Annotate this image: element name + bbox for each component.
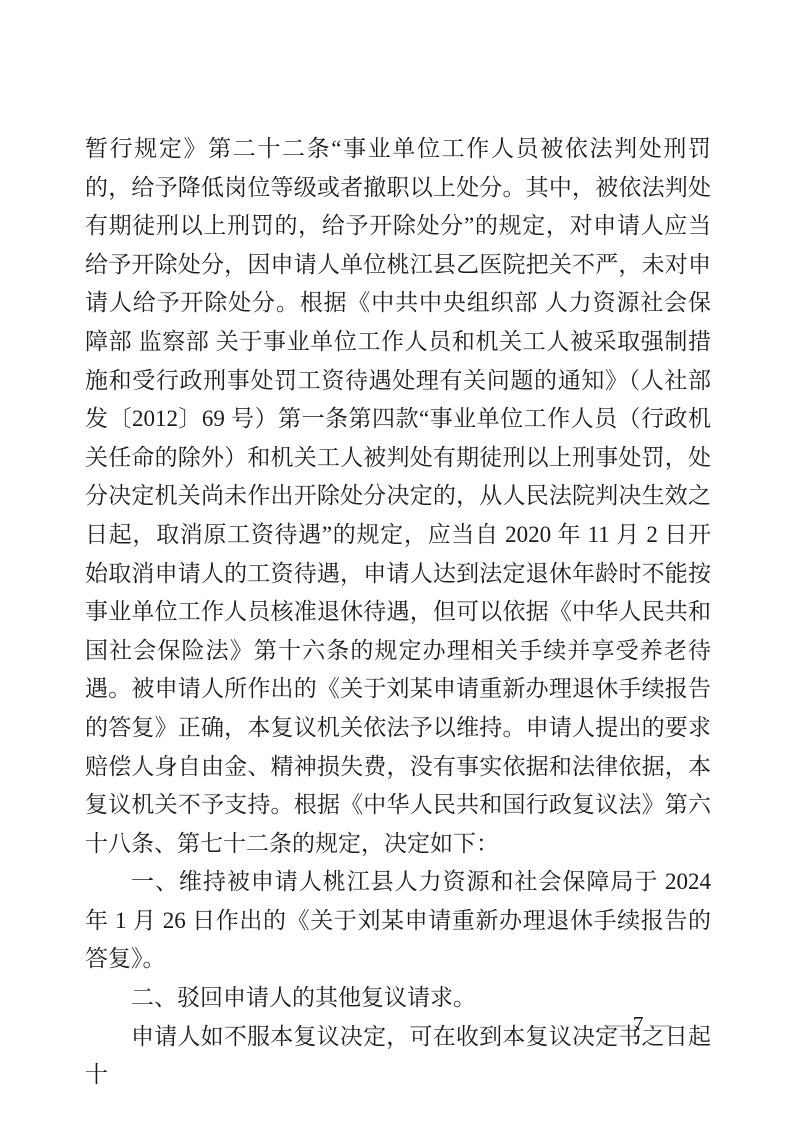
page-number-value: 7 [633, 1012, 644, 1036]
decision-item-1: 一、维持被申请人桃江县人力资源和社会保障局于 2024 年 1 月 26 日作出… [85, 863, 711, 979]
body-text: 暂行规定》第二十二条“事业单位工作人员被依法判处刑罚的，给予降低岗位等级或者撤职… [85, 130, 711, 1095]
document-page: 暂行规定》第二十二条“事业单位工作人员被依法判处刑罚的，给予降低岗位等级或者撤职… [0, 0, 793, 1122]
page-number-dash-right: — [651, 1012, 673, 1036]
paragraph-continuation: 暂行规定》第二十二条“事业单位工作人员被依法判处刑罚的，给予降低岗位等级或者撤职… [85, 130, 711, 863]
page-number: —7— [604, 1010, 672, 1038]
page-number-dash-left: — [604, 1012, 626, 1036]
